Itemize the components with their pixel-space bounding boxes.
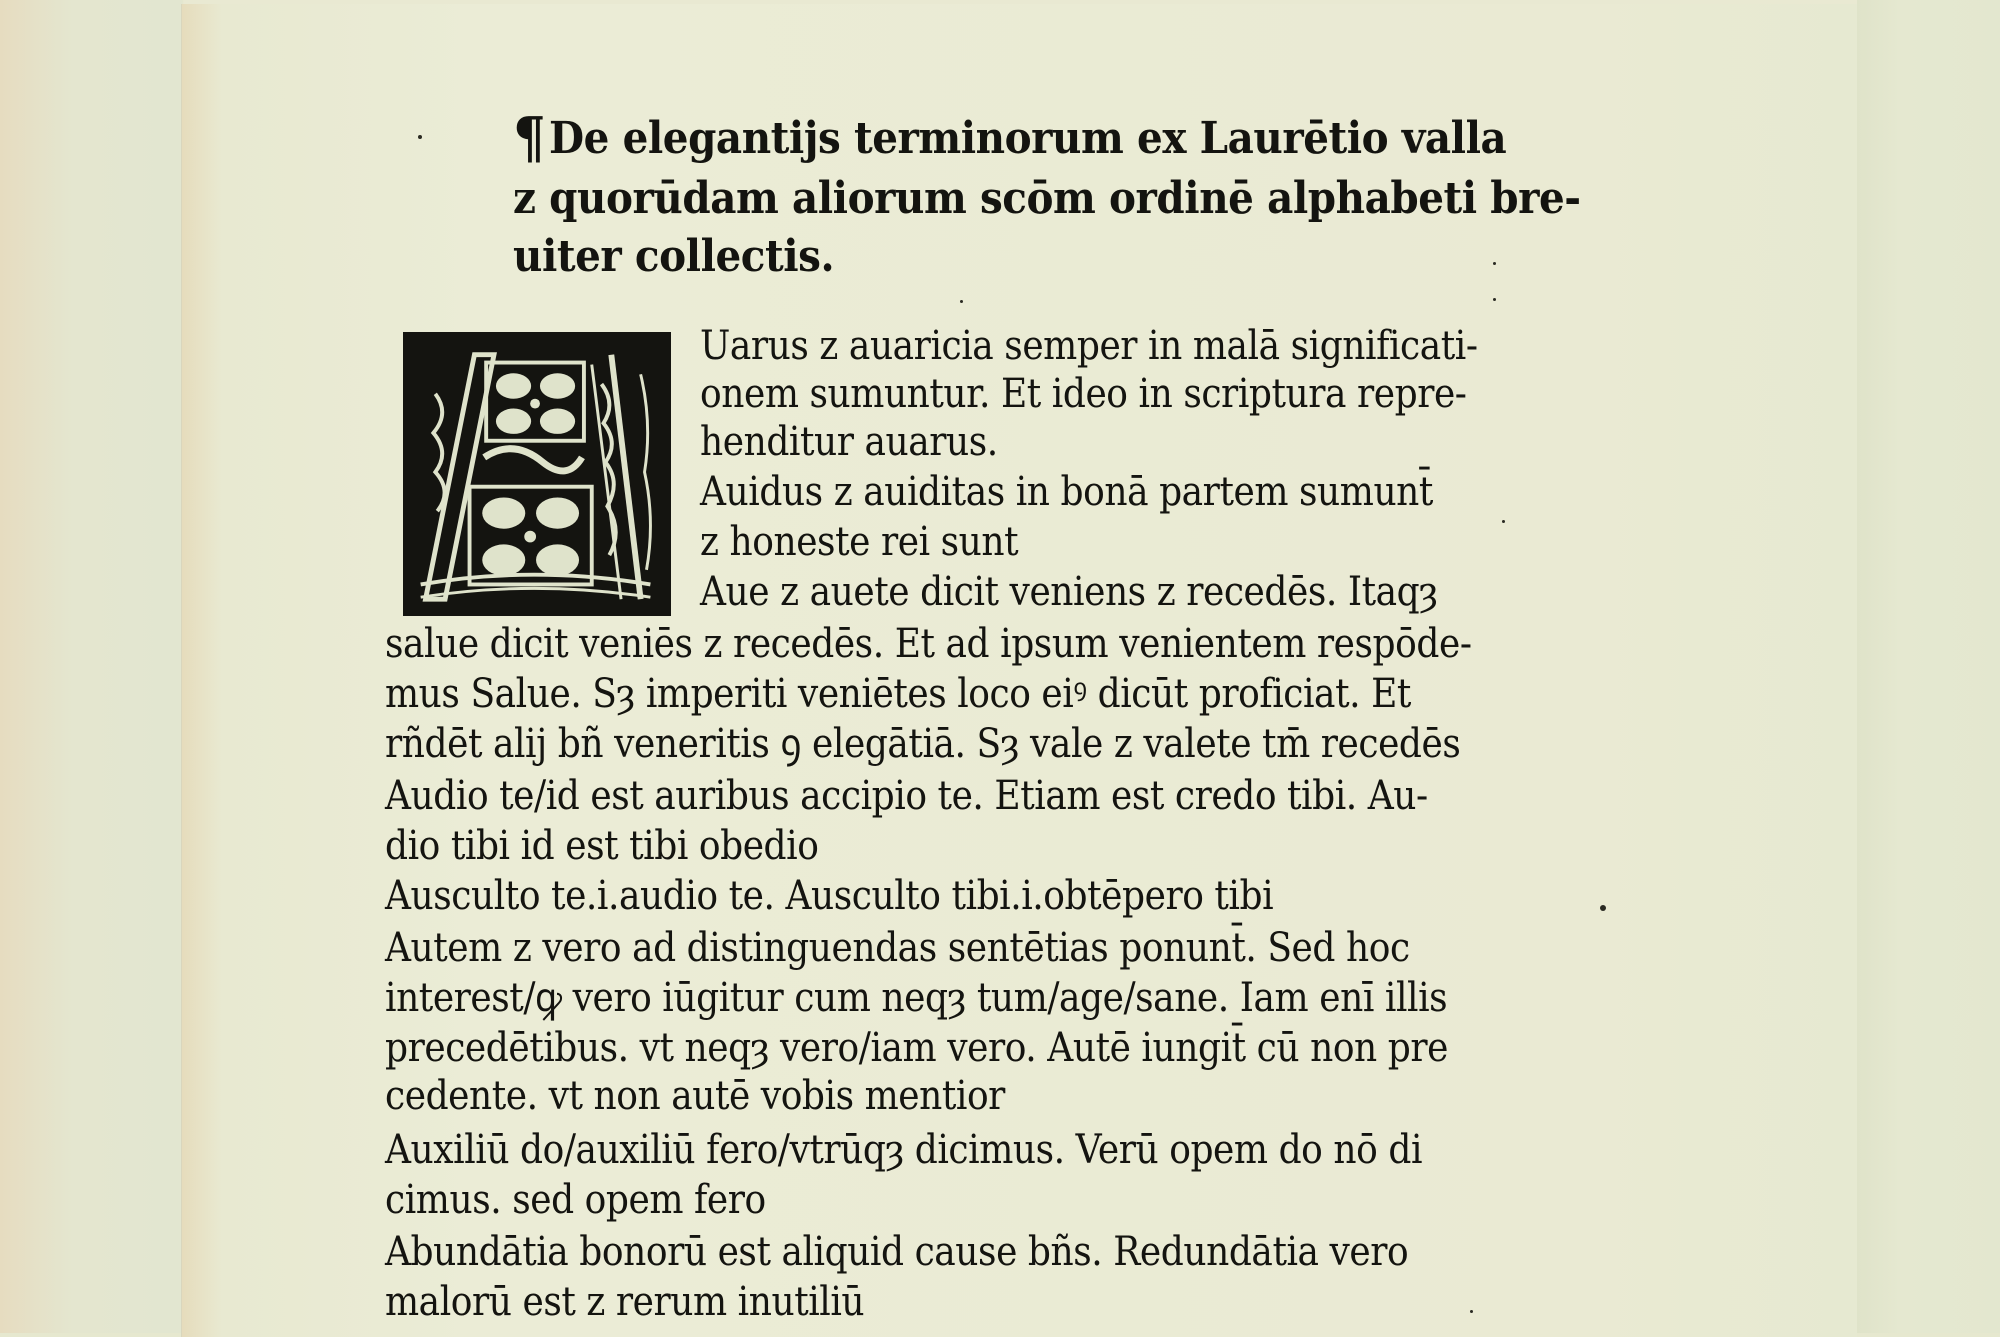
heading-line-2: z quorūdam aliorum scōm ordinē alphabeti… bbox=[513, 172, 1581, 226]
text-line: rñdēt alij bñ veneritis ꝯ elegātiā. Sȝ v… bbox=[385, 720, 1460, 768]
text-line: Auidus z auiditas in bonā partem sumunt̄ bbox=[700, 468, 1433, 516]
text-line: cimus. sed opem fero bbox=[385, 1176, 766, 1224]
text-line: Aue z auete dicit veniens z recedēs. Ita… bbox=[700, 568, 1438, 616]
text-line: precedētibus. vt neqȝ vero/iam vero. Aut… bbox=[385, 1024, 1448, 1072]
ink-speck bbox=[1470, 1310, 1473, 1313]
text-line: cedente. vt non autē vobis mentior bbox=[385, 1072, 1005, 1120]
ink-speck bbox=[418, 135, 422, 139]
text-line: interest/ꝙ vero iūgitur cum neqȝ tum/age… bbox=[385, 974, 1447, 1022]
text-line: Uarus z auaricia semper in malā signific… bbox=[700, 322, 1478, 370]
text-line: dio tibi id est tibi obedio bbox=[385, 822, 818, 870]
text-line: z honeste rei sunt bbox=[700, 518, 1018, 566]
text-line: Auxiliū do/auxiliū fero/vtrūqȝ dicimus. … bbox=[385, 1126, 1422, 1174]
paragraph-mark-icon: ¶ bbox=[513, 118, 545, 158]
ink-speck bbox=[1502, 520, 1505, 523]
text-line: Abundātia bonorū est aliquid cause bñs. … bbox=[385, 1228, 1408, 1276]
text-line: Audio te/id est auribus accipio te. Etia… bbox=[385, 772, 1428, 820]
heading-line-1: ¶De elegantijs terminorum ex Laurētio va… bbox=[513, 112, 1506, 166]
text-line: mus Salue. Sȝ imperiti veniētes loco eiꝰ… bbox=[385, 670, 1411, 718]
text-line: onem sumuntur. Et ideo in scriptura repr… bbox=[700, 370, 1467, 418]
text-line: Autem z vero ad distinguendas sentētias … bbox=[385, 924, 1410, 972]
text-line: malorū est z rerum inutiliū bbox=[385, 1278, 864, 1326]
ink-speck bbox=[960, 300, 963, 303]
ink-speck bbox=[1493, 262, 1496, 265]
heading-line-3: uiter collectis. bbox=[513, 230, 834, 284]
woodcut-initial-A bbox=[403, 332, 671, 616]
ink-speck bbox=[1493, 298, 1496, 301]
left-margin-strip bbox=[0, 0, 182, 1333]
decorated-initial-icon bbox=[406, 335, 668, 613]
ink-speck bbox=[1600, 905, 1606, 911]
text-line: Ausculto te.i.audio te. Ausculto tibi.i.… bbox=[385, 872, 1273, 920]
right-margin-strip bbox=[1857, 0, 2000, 1333]
text-line: salue dicit veniēs z recedēs. Et ad ipsu… bbox=[385, 620, 1472, 668]
text-line: henditur auarus. bbox=[700, 418, 998, 466]
scanned-page-background: ¶De elegantijs terminorum ex Laurētio va… bbox=[0, 0, 2000, 1333]
